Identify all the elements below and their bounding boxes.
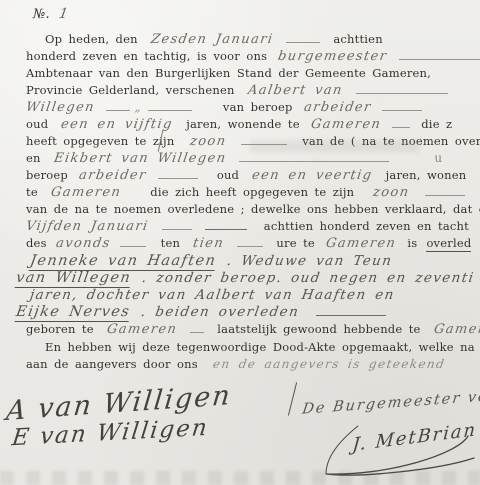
death-record-scan: №. 1 Op heden, den Zesden Januari achtti… — [0, 0, 480, 485]
printed-text: ten — [161, 236, 180, 250]
number-value: 1 — [58, 6, 71, 22]
handwritten-place: Gameren — [106, 322, 179, 337]
blank-rule — [392, 118, 410, 128]
printed-text-cut: u — [434, 151, 442, 165]
pen-stroke-artifact — [288, 382, 298, 415]
printed-text: laatstelijk gewoond hebbende te — [217, 322, 420, 336]
printed-text: oud — [217, 168, 239, 182]
blank-rule — [106, 101, 130, 111]
printed-text: beroep — [26, 168, 68, 182]
blank-rule — [237, 237, 263, 247]
printed-text: van beroep — [223, 100, 293, 114]
blank-rule — [382, 101, 422, 111]
dash-rule — [316, 306, 386, 316]
printed-text: van de ( na te noemen overledene — [302, 134, 480, 148]
handwritten-place: Gameren — [325, 236, 398, 251]
printed-text: die zich heeft opgegeven te zijn — [150, 185, 354, 199]
printed-text: Provincie Gelderland, verschenen — [26, 83, 235, 97]
printed-text: ure te — [276, 236, 315, 250]
bleedthrough-band — [0, 471, 480, 485]
blank-rule — [162, 220, 192, 230]
blank-rule — [399, 50, 480, 60]
printed-text: van de na te noemen overledene ; dewelke… — [26, 202, 480, 216]
printed-text: oud — [26, 117, 48, 131]
doc-line-closing2: aan de aangevers door ons en de aangever… — [26, 353, 445, 372]
doc-line-born-at: geboren te Gameren laatstelijk gewoond h… — [26, 318, 480, 337]
printed-text-underlined: overled — [426, 236, 471, 252]
printed-text: achttien honderd zeven en tacht — [264, 219, 469, 233]
handwritten-place: Gamer — [432, 322, 480, 337]
printed-text: die z — [421, 117, 452, 131]
dash-rule — [205, 220, 247, 230]
handwritten-hour: tien — [192, 236, 225, 251]
number-label: №. — [33, 7, 50, 22]
blank-rule — [241, 135, 287, 145]
blank-rule — [190, 323, 204, 333]
printed-text: te — [26, 185, 38, 199]
printed-text: des — [26, 236, 47, 250]
printed-text: jaren, wonende te — [186, 117, 299, 131]
signature-official-title: De Burgemeester voorn — [301, 386, 480, 417]
printed-text: aan de aangevers door ons — [26, 357, 198, 371]
record-number: №. 1 — [33, 3, 69, 22]
printed-text: heeft opgegeven te zijn — [26, 134, 174, 148]
printed-text: en — [26, 151, 41, 165]
printed-text: is — [407, 236, 417, 250]
blank-rule — [239, 152, 389, 162]
printed-text: En hebben wij deze tegenwoordige Dood-Ak… — [45, 340, 480, 354]
ditto-mark: „ — [134, 100, 144, 114]
printed-text: jaren, wonen — [386, 168, 467, 182]
printed-text: geboren te — [26, 322, 94, 336]
printed-text: Op heden, den — [45, 32, 138, 46]
doc-line-deathtime: des avonds ten tien ure te Gameren is ov… — [26, 232, 471, 251]
handwritten-closing: en de aangevers is geteekend — [212, 357, 446, 371]
blank-rule — [148, 101, 192, 111]
blank-rule — [286, 33, 320, 43]
blank-rule — [356, 84, 448, 94]
blank-rule — [120, 237, 146, 247]
blank-rule — [158, 169, 198, 179]
blank-rule — [425, 186, 465, 196]
handwritten-time-of-day: avonds — [55, 236, 112, 251]
printed-text: honderd zeven en tachtig, is voor ons — [26, 49, 267, 63]
printed-text: Ambtenaar van den Burgerlijken Stand der… — [26, 66, 431, 80]
printed-text: achttien — [333, 32, 382, 46]
